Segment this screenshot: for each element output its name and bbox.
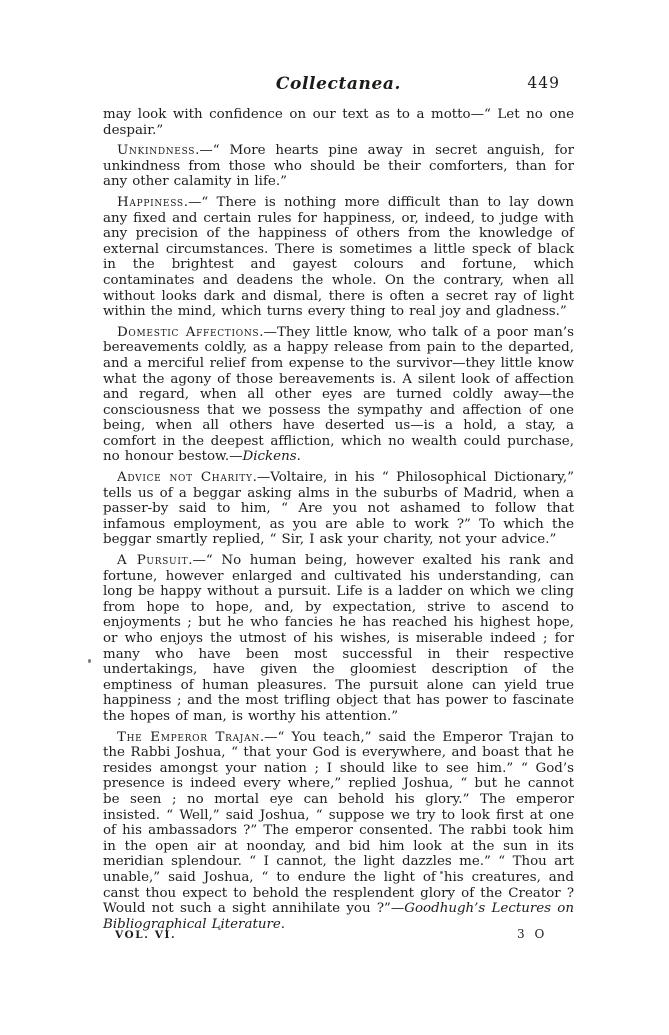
- paragraph-body: .—“ No human being, however exalted his …: [103, 553, 574, 724]
- paragraph-body: .—“ There is nothing more difficult than…: [103, 195, 574, 319]
- page-header: Collectanea. 449: [103, 74, 574, 96]
- paragraph-continuation: may look with confidence on our text as …: [103, 107, 574, 138]
- entry-heading: A Pursuit: [117, 553, 188, 568]
- paragraph-a-pursuit: A Pursuit.—“ No human being, however exa…: [103, 553, 574, 725]
- entry-heading: Advice not Charity: [117, 470, 253, 485]
- signature-mark: 3 O: [517, 927, 547, 941]
- running-head-title: Collectanea.: [103, 74, 574, 94]
- attribution: Dickens.: [243, 449, 301, 464]
- paragraph-body: .—They little know, who talk of a poor m…: [103, 325, 574, 465]
- paragraph-unkindness: Unkindness.—“ More hearts pine away in s…: [103, 143, 574, 190]
- entry-heading: Happiness: [117, 195, 184, 210]
- paragraph-happiness: Happiness.—“ There is nothing more diffi…: [103, 195, 574, 320]
- paragraph-emperor-trajan: The Emperor Trajan.—“ You teach,” said t…: [103, 730, 574, 933]
- paragraph-advice-not-charity: Advice not Charity.—Voltaire, in his “ P…: [103, 470, 574, 548]
- volume-label: VOL. VI.: [115, 929, 176, 941]
- entry-heading: Unkindness: [117, 143, 195, 158]
- paragraph-body: .—“ You teach,” said the Emperor Trajan …: [103, 730, 574, 917]
- ink-speck: [218, 928, 221, 930]
- scanned-book-page: Collectanea. 449 may look with confidenc…: [0, 0, 669, 1035]
- ink-speck: [440, 871, 443, 874]
- paragraph-body: may look with confidence on our text as …: [103, 107, 574, 138]
- paragraph-domestic-affections: Domestic Affections.—They little know, w…: [103, 325, 574, 465]
- entry-heading: The Emperor Trajan: [117, 730, 260, 745]
- entry-heading: Domestic Affections: [117, 325, 259, 340]
- ink-speck: [88, 659, 91, 663]
- page-number: 449: [527, 74, 560, 92]
- text-block: Collectanea. 449 may look with confidenc…: [103, 74, 574, 937]
